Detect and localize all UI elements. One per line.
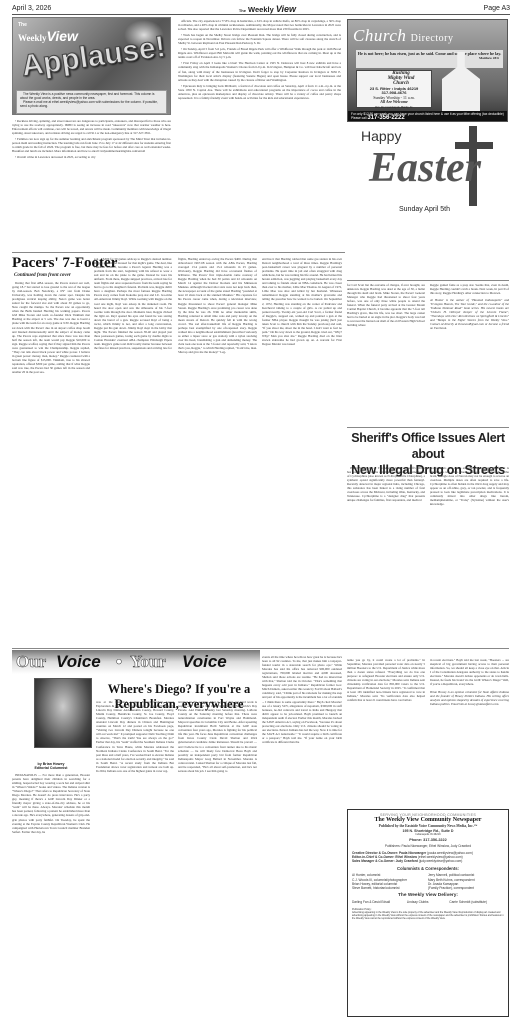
masthead: The Weekly View	[239, 4, 296, 14]
sheriff-column-1: INDIANAPOLIS — The Marion County Sheriff…	[347, 466, 425, 638]
applause-column-2: officials. The city experienced a 77.8% …	[178, 19, 341, 102]
email-link[interactable]: (judy.weeklyview@yahoo.com)	[419, 859, 463, 863]
easter-date: Sunday April 5th	[399, 206, 450, 213]
church-directory-ad: Church Directory He is not here; he has …	[347, 19, 508, 122]
page-number: Page A3	[484, 5, 510, 12]
divider	[12, 252, 345, 253]
our-voice-column-4: events all the time where he tells us ho…	[262, 655, 342, 1020]
pacers-column-1: During that first ABA season, the Pacers…	[12, 281, 90, 646]
applause-intro: The Weekly View is a positive news commu…	[16, 90, 167, 114]
sheriff-column-2: professionals due to it's extreme potenc…	[430, 466, 509, 638]
our-voice-column-6: in recent elections." Bayh told me last …	[430, 658, 509, 806]
pacers-column-6: Reggie gained fame as a prep star. Seems…	[430, 283, 509, 423]
email-link[interactable]: (paula.weeklyview@yahoo.com)	[427, 851, 473, 855]
pacers-column-4: end has it that Harding robbed that same…	[262, 257, 342, 646]
church-directory-title: Church Directory	[353, 26, 453, 46]
pacers-column-5: for Carl Scott but the outcome of charge…	[347, 283, 425, 423]
our-voice-column-3: istration in the country. That is proof …	[178, 700, 257, 1020]
pacers-column-2: son — $300 for 50 games adds up to Reggi…	[94, 257, 172, 646]
our-voice-banner: Our Voice • Your Voice	[12, 650, 260, 674]
happy-easter-graphic: Happy Easter Sunday April 5th	[347, 124, 508, 224]
staff-masthead: SERVING YOUR NEIGHBORHOOD COMMUNITIES Th…	[347, 809, 509, 1017]
our-voice-column-5: name you go by, it could create a lot of…	[347, 658, 425, 806]
byline: by Brian Howey Editorial Columnist	[12, 762, 90, 771]
applause-banner: The WeeklyView Applause! The Weekly View…	[12, 17, 171, 115]
church-listing-promo: For only $12.50 per week you can have yo…	[348, 111, 508, 122]
paper-name: The Weekly View Community Newspaper	[352, 817, 504, 824]
weekly-view-logo: WeeklyView	[18, 28, 78, 44]
church-listing: Rushing Mighty Wind Church 23 S. Ritter …	[356, 70, 432, 108]
pacers-subhead: Continued from front cover	[14, 273, 71, 278]
issue-date: April 3, 2026	[12, 5, 51, 12]
our-voice-column-1: INDIANAPOLIS — For more than a generatio…	[12, 773, 90, 1020]
author-bio: Brian Howey is an opinion columnist for …	[430, 690, 509, 706]
divider	[12, 648, 509, 649]
divider	[347, 280, 509, 281]
author-bio: Al Hunter is the author of "Haunted Indi…	[430, 298, 509, 330]
applause-column-1: • Reckless driving, spinning, and street…	[12, 119, 171, 161]
scripture-verse: He is not here; he has risen, just as he…	[356, 50, 503, 68]
divider	[347, 427, 509, 428]
columnist-photo	[34, 678, 92, 748]
email-link[interactable]: (ethel.weeklyview@yahoo.com)	[418, 855, 463, 859]
page-header: April 3, 2026 The Weekly View Page A3	[12, 3, 510, 15]
pacers-column-3: flights, Harding ended up owing the Pace…	[178, 257, 257, 646]
our-voice-column-2: was at the Randolph County United Studen…	[96, 700, 174, 1020]
